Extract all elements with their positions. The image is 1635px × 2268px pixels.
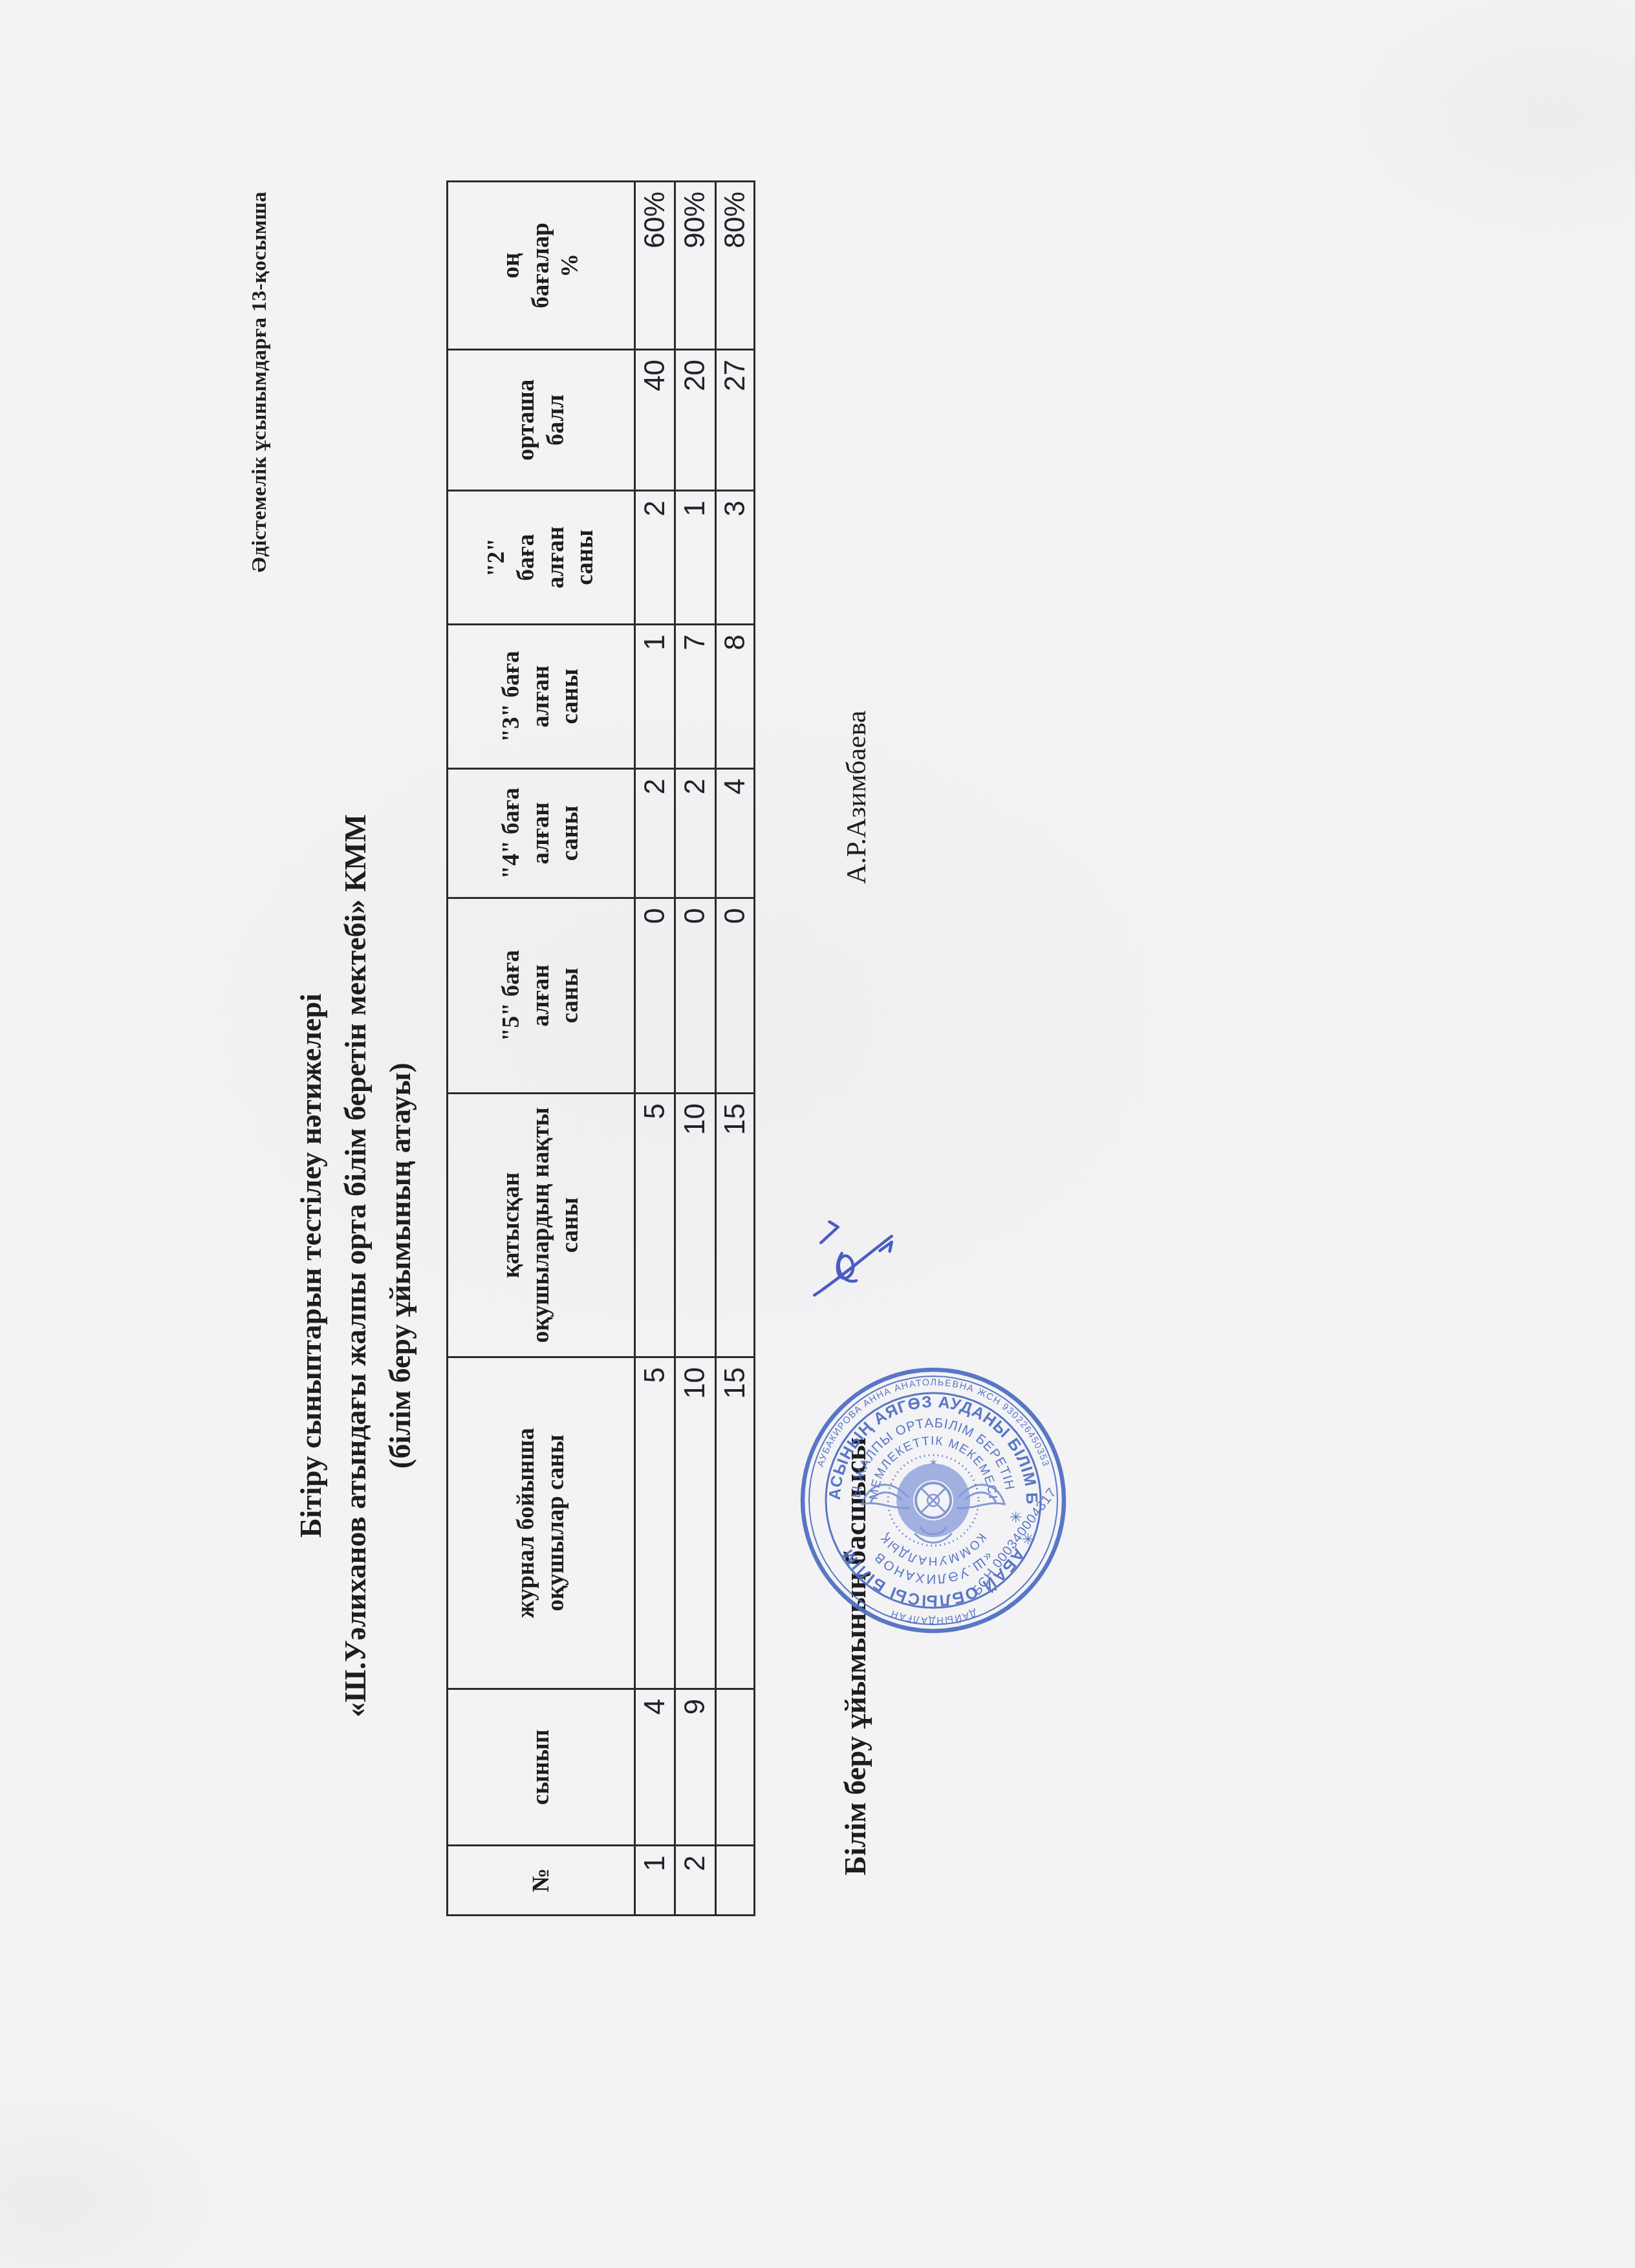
column-header: "4" баға алған саны bbox=[448, 769, 635, 898]
table-cell: 2 bbox=[635, 491, 675, 625]
stamp-star-icon: ✳ bbox=[1022, 1531, 1034, 1548]
column-header: журнал бойынша оқушылар саны bbox=[448, 1357, 635, 1689]
table-cell: 10 bbox=[675, 1357, 716, 1689]
table-cell: 2 bbox=[635, 769, 675, 898]
table-cell: 60% bbox=[635, 182, 675, 350]
stamp-star-icon: ✳ bbox=[1010, 1509, 1022, 1526]
table-cell: 40 bbox=[635, 350, 675, 491]
table-cell: 10 bbox=[675, 1094, 716, 1357]
scanned-document-page: Әдістемелік ұсынымдарға 13-қосымша Бітір… bbox=[0, 0, 1635, 2268]
document-title: Бітіру сыныптарын тестілеу нәтижелері «Ш… bbox=[288, 616, 422, 1916]
table-cell: 1 bbox=[635, 625, 675, 769]
table-cell: 0 bbox=[716, 898, 755, 1094]
column-header: "3" баға алған саны bbox=[448, 625, 635, 769]
screenshot-root: { "annotation": "Әдістемелік ұсынымдарға… bbox=[0, 0, 1635, 2268]
signer-name: А.Р.Азимбаева bbox=[841, 711, 872, 884]
column-header: оң бағалар % bbox=[448, 182, 635, 350]
table-cell bbox=[716, 1846, 755, 1916]
column-header: орташа балл bbox=[448, 350, 635, 491]
table-cell: 4 bbox=[635, 1689, 675, 1846]
table-cell: 20 bbox=[675, 350, 716, 491]
table-cell: 2 bbox=[675, 1846, 716, 1916]
table-cell: 0 bbox=[675, 898, 716, 1094]
table-cell: 15 bbox=[716, 1094, 755, 1357]
column-header: "5" баға алған саны bbox=[448, 898, 635, 1094]
signature-loops bbox=[838, 1253, 856, 1281]
table-cell: 9 bbox=[675, 1689, 716, 1846]
table-cell: 80% bbox=[716, 182, 755, 350]
table-row: 151504832780% bbox=[716, 182, 755, 1916]
table-cell: 0 bbox=[635, 898, 675, 1094]
table-cell: 7 bbox=[675, 625, 716, 769]
table-cell: 8 bbox=[716, 625, 755, 769]
results-table: №сыныпжурнал бойынша оқушылар санықатысқ… bbox=[446, 180, 755, 1916]
column-header: сынып bbox=[448, 1689, 635, 1846]
table-header-row: №сыныпжурнал бойынша оқушылар санықатысқ… bbox=[448, 182, 635, 1916]
column-header: қатысқан оқушылардың нақты саны bbox=[448, 1094, 635, 1357]
stamp-maker-bottom-text: ДАЙЫНДАЛҒАН bbox=[889, 1607, 978, 1625]
column-header: "2" баға алған саны bbox=[448, 491, 635, 625]
table-cell: 4 bbox=[716, 769, 755, 898]
table-row: 29101002712090% bbox=[675, 182, 716, 1916]
table-cell: 5 bbox=[635, 1094, 675, 1357]
table-cell: 1 bbox=[635, 1846, 675, 1916]
title-line-2: «Ш.Уәлиханов атындағы жалпы орта білім б… bbox=[333, 616, 378, 1916]
table-cell: 15 bbox=[716, 1357, 755, 1689]
handwritten-signature bbox=[804, 1207, 909, 1312]
table-cell: 3 bbox=[716, 491, 755, 625]
table-cell: 5 bbox=[635, 1357, 675, 1689]
title-line-1: Бітіру сыныптарын тестілеу нәтижелері bbox=[288, 616, 333, 1916]
table-row: 145502124060% bbox=[635, 182, 675, 1916]
signature-check-stroke bbox=[821, 1222, 838, 1242]
title-line-3: (білім беру ұйымының атауы) bbox=[378, 616, 422, 1916]
table-cell: 90% bbox=[675, 182, 716, 350]
table-cell bbox=[716, 1689, 755, 1846]
table-cell: 1 bbox=[675, 491, 716, 625]
column-header: № bbox=[448, 1846, 635, 1916]
table-cell: 27 bbox=[716, 350, 755, 491]
appendix-annotation: Әдістемелік ұсынымдарға 13-қосымша bbox=[247, 191, 271, 572]
table-cell: 2 bbox=[675, 769, 716, 898]
round-official-stamp: АУБАКИРОВА АННА АНАТОЛЬЕВНА ЖСН 93022645… bbox=[791, 1358, 1076, 1643]
svg-text:✶: ✶ bbox=[928, 1456, 938, 1469]
